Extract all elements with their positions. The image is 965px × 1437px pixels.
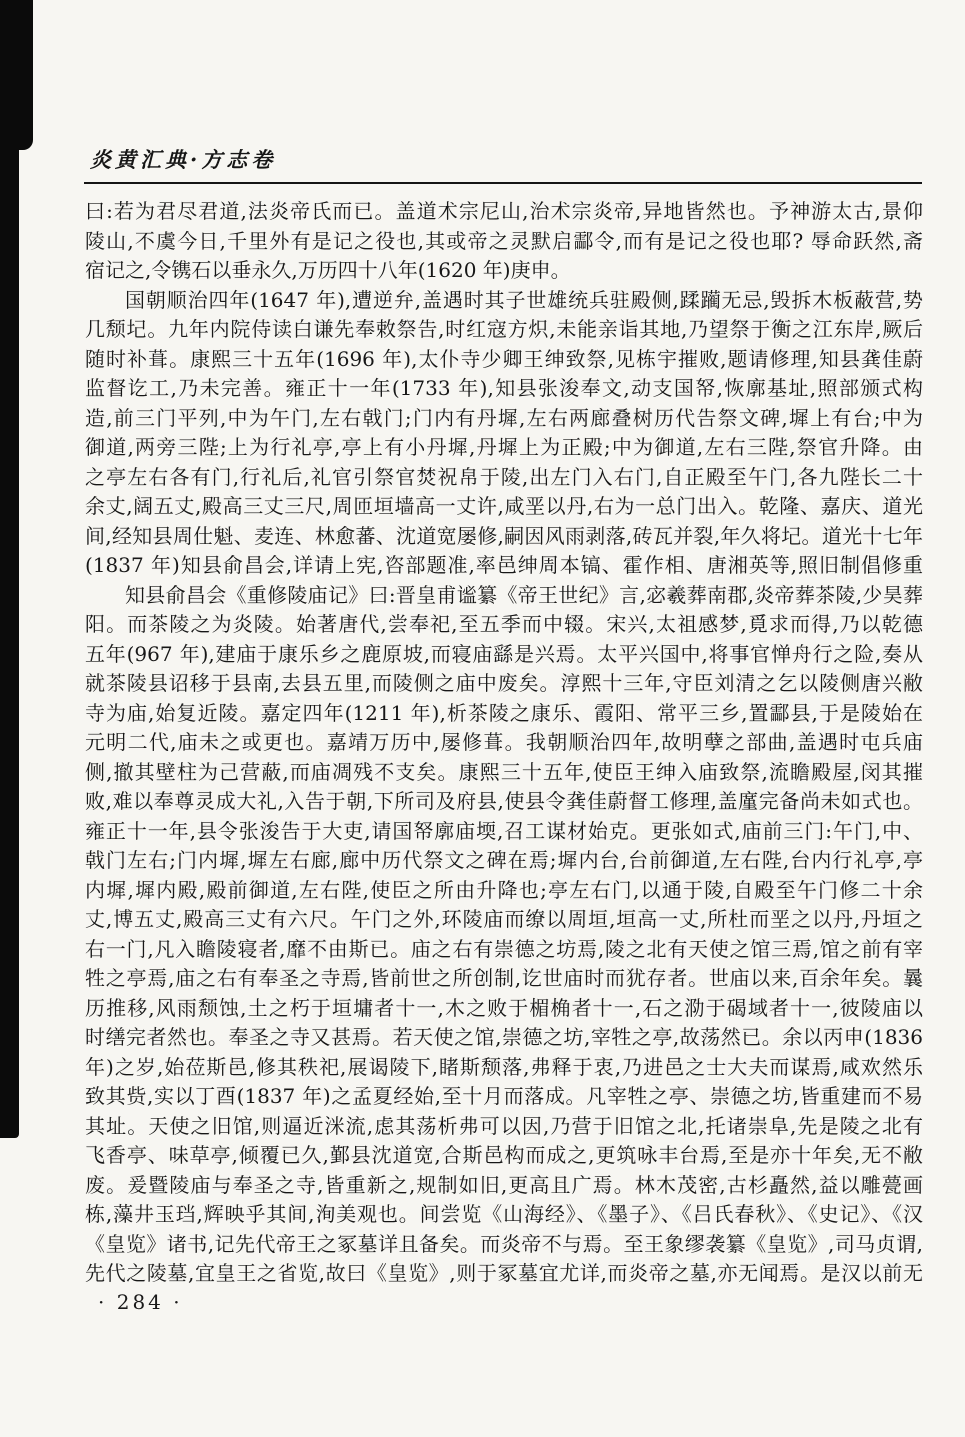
text-line: 先代之陵墓,宜皇王之省览,故曰《皇览》,则于冢墓宜尤详,而炎帝之墓,亦无闻焉。是… bbox=[85, 1259, 923, 1289]
text-line: 阳。而茶陵之为炎陵。始著唐代,尝奉祀,至五季而中辍。宋兴,太祖感梦,覓求而得,乃… bbox=[85, 610, 923, 640]
text-line: 余丈,阔五丈,殿高三丈三尺,周匝垣墙高一丈许,咸垩以丹,右为一总门出入。乾隆、嘉… bbox=[85, 492, 923, 522]
text-line: (1837 年)知县俞昌会,详请上宪,咨部题准,率邑绅周本镐、霍作相、唐湘英等,… bbox=[85, 551, 923, 581]
text-line: 《皇览》诸书,记先代帝王之冢墓详且备矣。而炎帝不与焉。至王象缪袭纂《皇览》,司马… bbox=[85, 1230, 923, 1260]
text-line: 陵山,不虞今日,千里外有是记之役也,其或帝之灵默启酃令,而有是记之役也耶? 辱命… bbox=[85, 227, 923, 257]
text-line: 就茶陵县诏移于县南,去县五里,而陵侧之庙中废矣。淳熙十三年,守臣刘清之乞以陵侧唐… bbox=[85, 669, 923, 699]
text-line: 时缮完者然也。奉圣之寺又甚焉。若天使之馆,崇德之坊,宰牲之亭,故荡然已。余以丙申… bbox=[85, 1023, 923, 1053]
text-line: 国朝顺治四年(1647 年),遭逆弁,盖遇时其子世雄统兵驻殿侧,蹂躏无忌,毁拆木… bbox=[85, 286, 923, 316]
scan-artifact-left-bar bbox=[0, 0, 19, 1138]
text-line: 间,经知县周仕魁、麦连、林愈蕃、沈道宽屡修,嗣因风雨剥落,砖瓦并裂,年久将圮。道… bbox=[85, 522, 923, 552]
text-line: 监督讫工,乃未完善。雍正十一年(1733 年),知县张浚奉文,动支国帑,恢廓基址… bbox=[85, 374, 923, 404]
text-line: 寺为庙,始复近陵。嘉定四年(1211 年),析茶陵之康乐、霞阳、常平三乡,置酃县… bbox=[85, 699, 923, 729]
text-line: 年)之岁,始莅斯邑,修其秩祀,展谒陵下,睹斯颓落,弗释于衷,乃进邑之士大夫而谋焉… bbox=[85, 1053, 923, 1083]
header-rule bbox=[84, 182, 922, 184]
text-line: 御道,两旁三陛;上为行礼亭,亭上有小丹墀,丹墀上为正殿;中为御道,左右三陛,祭官… bbox=[85, 433, 923, 463]
text-line: 历推移,风雨颓蚀,土之朽于垣墉者十一,木之败于楣桷者十一,石之泐于碣域者十一,彼… bbox=[85, 994, 923, 1024]
text-line: 其址。天使之旧馆,则逼近洣流,虑其荡析弗可以因,乃营于旧馆之北,托诸崇阜,先是陵… bbox=[85, 1112, 923, 1142]
text-line: 侧,撤其壁柱为己营蔽,而庙凋残不支矣。康熙三十五年,使臣王绅入庙致祭,流瞻殿屋,… bbox=[85, 758, 923, 788]
text-line: 之亭左右各有门,行礼后,礼官引祭官焚祝帛于陵,出左门入右门,自正殿至午门,各九陛… bbox=[85, 463, 923, 493]
text-line: 丈,博五丈,殿高三丈有六尺。午门之外,环陵庙而缭以周垣,垣高一丈,所杜而垩之以丹… bbox=[85, 905, 923, 935]
scanned-book-page: 炎黄汇典·方志卷 曰:若为君尽君道,法炎帝氏而已。盖道术宗尼山,治术宗炎帝,异地… bbox=[0, 0, 965, 1437]
text-line: 败,难以奉尊灵成大礼,入告于朝,下所司及府县,使县令龚佳蔚督工修理,盖廑完备尚未… bbox=[85, 787, 923, 817]
text-line: 元明二代,庙未之或更也。嘉靖万历中,屡修葺。我朝顺治四年,故明孽之部曲,盖遇时屯… bbox=[85, 728, 923, 758]
text-line: 栋,藻井玉珰,辉映乎其间,洵美观也。间尝览《山海经》、《墨子》、《吕氏春秋》、《… bbox=[85, 1200, 923, 1230]
text-line: 知县俞昌会《重修陵庙记》曰:晋皇甫谧纂《帝王世纪》言,宓羲葬南郡,炎帝葬茶陵,少… bbox=[85, 581, 923, 611]
text-line: 内墀,墀内殿,殿前御道,左右陛,使臣之所由升降也;亭左右门,以通于陵,自殿至午门… bbox=[85, 876, 923, 906]
text-line: 雍正十一年,县令张浚告于大吏,请国帑廓庙堧,召工谋材始克。更张如式,庙前三门:午… bbox=[85, 817, 923, 847]
page-number: · 284 · bbox=[98, 1290, 183, 1314]
running-header-title: 炎黄汇典·方志卷 bbox=[90, 144, 276, 174]
text-line: 宿记之,令镌石以垂永久,万历四十八年(1620 年)庚申。 bbox=[85, 256, 923, 286]
text-line: 飞香亭、味草亭,倾覆已久,鄞县沈道宽,合斯邑构而成之,更筑咏丰台焉,至是亦十年矣… bbox=[85, 1141, 923, 1171]
text-line: 造,前三门平列,中为午门,左右戟门;门内有丹墀,左右两廊叠树历代告祭文碑,墀上有… bbox=[85, 404, 923, 434]
text-line: 废。爰暨陵庙与奉圣之寺,皆重新之,规制如旧,更高且广焉。林木茂密,古杉矗然,益以… bbox=[85, 1171, 923, 1201]
text-line: 随时补葺。康熙三十五年(1696 年),太仆寺少卿王绅致祭,见栋宇摧败,题请修理… bbox=[85, 345, 923, 375]
text-line: 几颓圮。九年内院侍读白谦先奉敕祭告,时红寇方炽,未能亲诣其地,乃望祭于衡之江东岸… bbox=[85, 315, 923, 345]
text-line: 右一门,凡入瞻陵寝者,靡不由斯已。庙之右有崇德之坊焉,陵之北有天使之馆三焉,馆之… bbox=[85, 935, 923, 965]
text-line: 曰:若为君尽君道,法炎帝氏而已。盖道术宗尼山,治术宗炎帝,异地皆然也。予神游太古… bbox=[85, 197, 923, 227]
text-line: 牲之亭焉,庙之右有奉圣之寺焉,皆前世之所创制,讫世庙时而犹存者。世庙以来,百余年… bbox=[85, 964, 923, 994]
text-line: 戟门左右;门内墀,墀左右廊,廊中历代祭文之碑在焉;墀内台,台前御道,左右陛,台内… bbox=[85, 846, 923, 876]
body-text: 曰:若为君尽君道,法炎帝氏而已。盖道术宗尼山,治术宗炎帝,异地皆然也。予神游太古… bbox=[85, 197, 923, 1289]
scan-artifact-top-left-corner bbox=[0, 0, 33, 150]
text-line: 致其赀,实以丁酉(1837 年)之孟夏经始,至十月而落成。凡宰牲之亭、崇德之坊,… bbox=[85, 1082, 923, 1112]
text-line: 五年(967 年),建庙于康乐乡之鹿原坡,而寝庙繇是兴焉。太平兴国中,将事官惮舟… bbox=[85, 640, 923, 670]
